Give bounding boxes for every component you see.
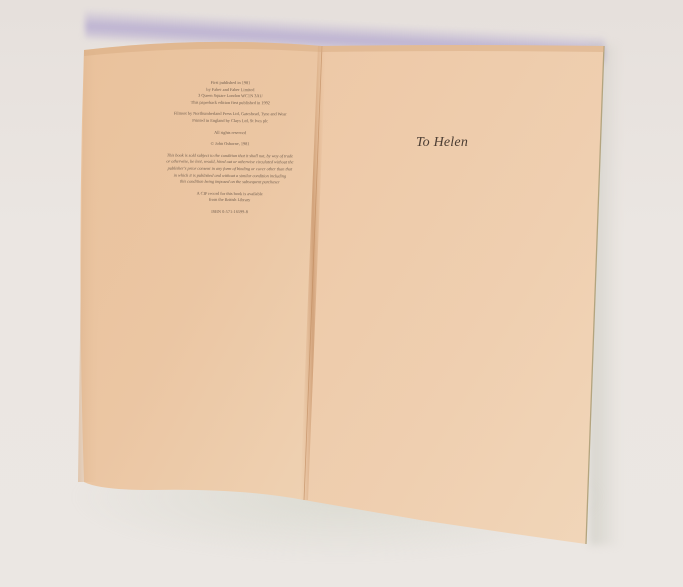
rights-line: All rights reserved <box>150 129 310 137</box>
right-page <box>304 45 604 544</box>
conditions-paragraph: This book is sold subject to the conditi… <box>150 152 310 186</box>
open-book <box>0 0 683 587</box>
publication-info: First published in 1981 by Faber and Fab… <box>150 79 310 106</box>
cip-line: from the British Library <box>150 197 310 205</box>
condition-line: this condition being imposed on the subs… <box>150 179 310 187</box>
photo-scene: First published in 1981 by Faber and Fab… <box>0 0 683 587</box>
copyright-page-text: First published in 1981 by Faber and Fab… <box>150 79 311 221</box>
dedication: To Helen <box>392 135 492 151</box>
printer-info: Filmset by Northumberland Press Ltd, Gat… <box>150 111 310 125</box>
paperback-line: This paperback edition first published i… <box>150 99 310 107</box>
copyright-line: © John Osborne, 1981 <box>150 141 310 149</box>
printed-line: Printed in England by Clays Ltd, St Ives… <box>150 117 310 125</box>
isbn-line: ISBN 0-571-16599-8 <box>150 208 310 216</box>
cip-info: A CIP record for this book is available … <box>150 190 310 204</box>
